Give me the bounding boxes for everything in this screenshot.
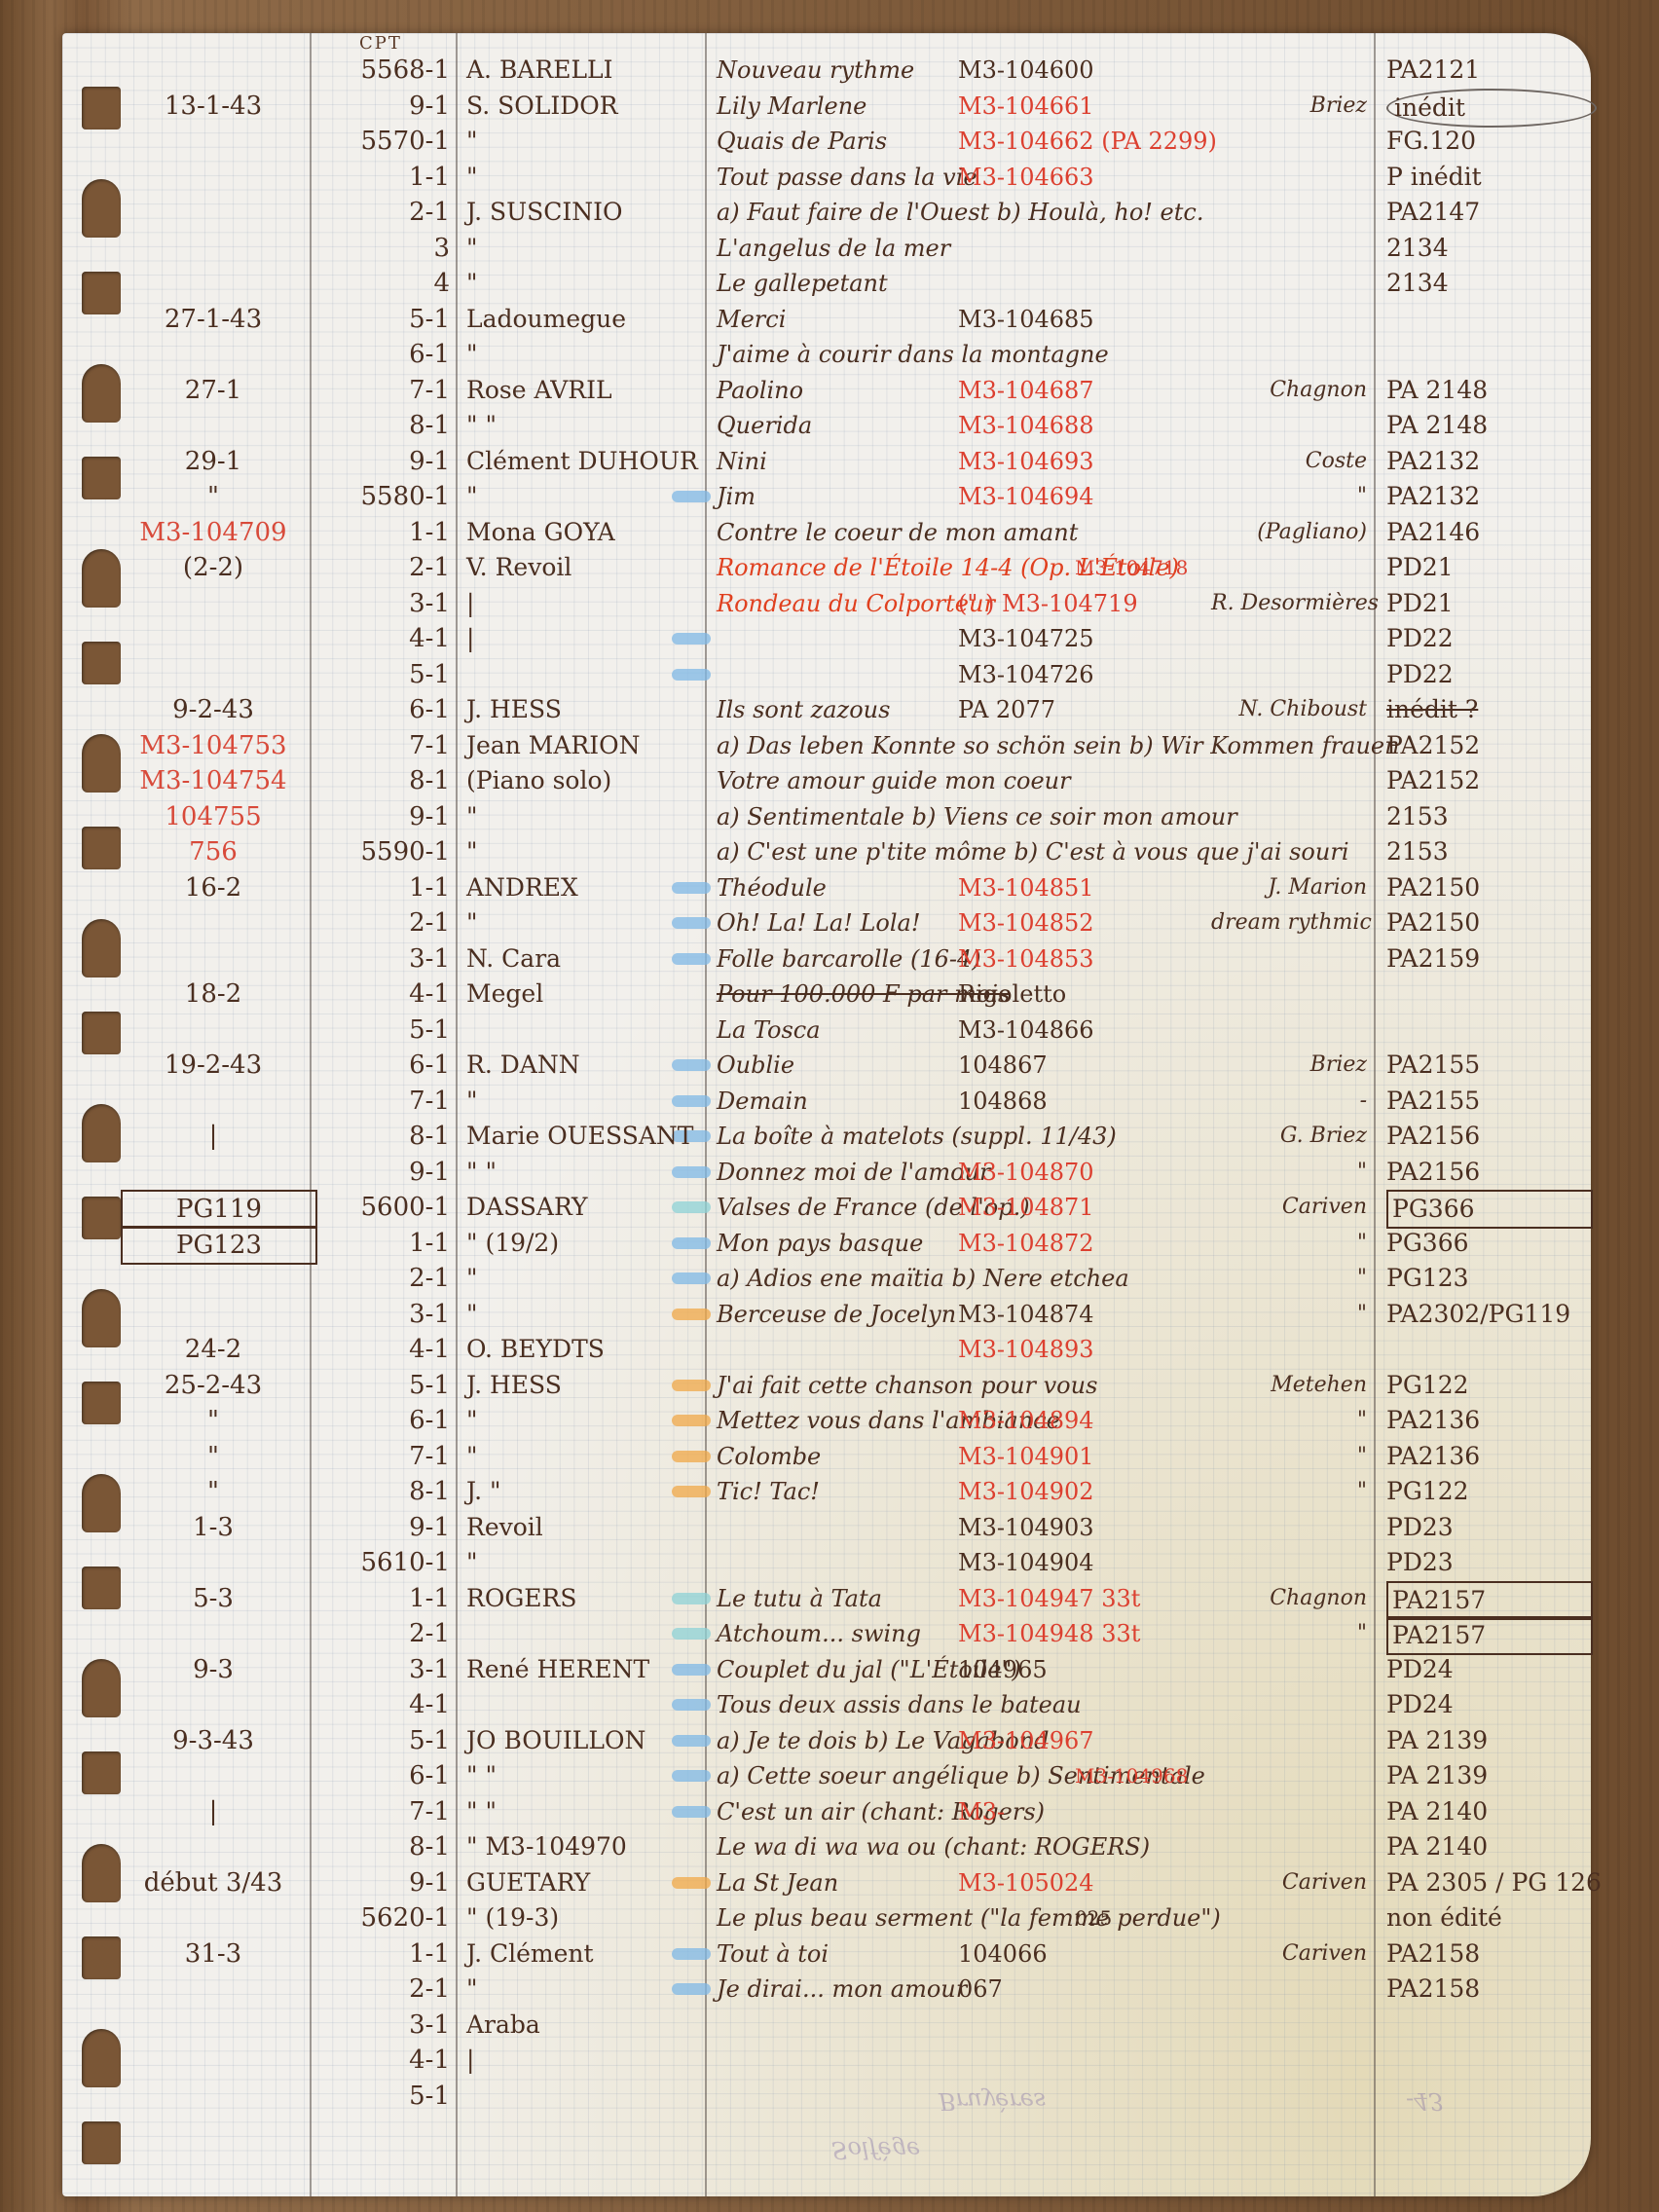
ledger-row: 2-1"a) Adios ene maïtia b) Nere etchea"P… xyxy=(62,1261,1591,1296)
catalog-reference: PA 2140 xyxy=(1386,1794,1581,1829)
song-title: L'angelus de la mer xyxy=(717,231,1174,266)
matrix-number: M3-104600 xyxy=(958,53,1192,88)
ledger-row: 27-1-435-1LadoumegueMerciM3-104685 xyxy=(62,302,1591,337)
matrix-number: 104868 xyxy=(958,1084,1192,1119)
ledger-row: 9-2-436-1J. HESSIls sont zazousPA 2077N.… xyxy=(62,692,1591,727)
artist-name: R. DANN xyxy=(466,1048,700,1083)
entry-date: " xyxy=(121,1474,306,1509)
entry-date: " xyxy=(121,1403,306,1438)
song-title: J'aime à courir dans la montagne xyxy=(717,337,1174,372)
binder-hole xyxy=(82,2121,121,2164)
matrix-number: 067 xyxy=(958,1972,1192,2007)
bleed-through-text: Solfège xyxy=(831,2136,920,2163)
catalog-reference: PA2157 xyxy=(1386,1581,1593,1620)
artist-name: Ladoumegue xyxy=(466,302,700,337)
cpt-number: 5590-1 xyxy=(313,834,450,869)
conductor-note: - xyxy=(1211,1084,1367,1119)
song-title: Le gallepetant xyxy=(717,266,1174,301)
matrix-number: M3-104693 xyxy=(958,444,1192,479)
ledger-row: 19-2-436-1R. DANNOublie104867BriezPA2155 xyxy=(62,1048,1591,1083)
catalog-reference: PA2155 xyxy=(1386,1084,1581,1119)
conductor-note: " xyxy=(1211,1297,1367,1332)
matrix-number: PA 2077 xyxy=(958,692,1192,727)
entry-date: 25-2-43 xyxy=(121,1368,306,1403)
cpt-number: 5570-1 xyxy=(313,124,450,159)
cpt-number: 4-1 xyxy=(313,1687,450,1722)
matrix-number: M3-104685 xyxy=(958,302,1192,337)
ledger-row: 29-19-1Clément DUHOURNiniM3-104693CosteP… xyxy=(62,444,1591,479)
artist-name: René HERENT xyxy=(466,1652,700,1687)
highlight-mark xyxy=(672,1628,711,1640)
ledger-row: 4-1| xyxy=(62,2043,1591,2078)
conductor-note: Cariven xyxy=(1211,1936,1367,1972)
song-title: J'ai fait cette chanson pour vous xyxy=(717,1368,1174,1403)
conductor-note: " xyxy=(1211,1403,1367,1438)
ledger-row: 18-24-1MegelPour 100.000 F par moisRigol… xyxy=(62,977,1591,1012)
cpt-number: 9-1 xyxy=(313,89,450,124)
matrix-number: M3-104725 xyxy=(958,621,1192,656)
entry-date: 27-1-43 xyxy=(121,302,306,337)
ledger-row: 5568-1A. BARELLINouveau rythmeM3-104600P… xyxy=(62,53,1591,88)
catalog-reference: inédit ? xyxy=(1386,692,1581,727)
matrix-number: M3-104872 xyxy=(958,1226,1192,1261)
ledger-row: (2-2)2-1V. RevoilRomance de l'Étoile 14-… xyxy=(62,550,1591,585)
cpt-number: 2-1 xyxy=(313,1261,450,1296)
bleed-through-text: -43 xyxy=(1406,2087,1444,2115)
artist-name: ROGERS xyxy=(466,1581,700,1616)
cpt-number: 3-1 xyxy=(313,586,450,621)
ledger-row: 3-1N. CaraFolle barcarolle (16-4)M3-1048… xyxy=(62,941,1591,977)
song-title: Tous deux assis dans le bateau xyxy=(717,1687,1174,1722)
catalog-reference: PA 2148 xyxy=(1386,373,1581,408)
catalog-reference: PA2132 xyxy=(1386,444,1581,479)
conductor-note: " xyxy=(1211,1439,1367,1474)
song-title: La boîte à matelots (suppl. 11/43) xyxy=(717,1119,1174,1154)
artist-name: Revoil xyxy=(466,1510,700,1545)
entry-date: 18-2 xyxy=(121,977,306,1012)
entry-date: M3-104753 xyxy=(121,728,306,763)
ledger-row: 27-17-1Rose AVRILPaolinoM3-104687Chagnon… xyxy=(62,373,1591,408)
catalog-reference: FG.120 xyxy=(1386,124,1581,159)
matrix-number: M3-105024 xyxy=(958,1865,1192,1900)
artist-name: " M3-104970 xyxy=(466,1829,700,1864)
column-header-cpt: CPT xyxy=(359,33,402,54)
catalog-reference: inédit xyxy=(1386,89,1597,128)
cpt-number: 8-1 xyxy=(313,763,450,798)
catalog-reference: PA2147 xyxy=(1386,195,1581,230)
catalog-reference: 2153 xyxy=(1386,799,1581,834)
matrix-number: Rigoletto xyxy=(958,977,1192,1012)
artist-name: " xyxy=(466,834,700,869)
ledger-row: "6-1"Mettez vous dans l'ambianceM3-10489… xyxy=(62,1403,1591,1438)
catalog-reference: PG366 xyxy=(1386,1226,1581,1261)
ledger-row: 25-2-435-1J. HESSJ'ai fait cette chanson… xyxy=(62,1368,1591,1403)
conductor-note: " xyxy=(1211,1474,1367,1509)
artist-name: J. SUSCINIO xyxy=(466,195,700,230)
catalog-reference: PA2152 xyxy=(1386,728,1581,763)
artist-name: O. BEYDTS xyxy=(466,1332,700,1367)
cpt-number: 6-1 xyxy=(313,1403,450,1438)
catalog-reference: PA 2139 xyxy=(1386,1723,1581,1758)
entry-date: " xyxy=(121,1439,306,1474)
cpt-number: 5-1 xyxy=(313,2079,450,2114)
cpt-number: 4-1 xyxy=(313,621,450,656)
catalog-reference: PA2136 xyxy=(1386,1439,1581,1474)
ledger-row: 5610-1"M3-104904PD23 xyxy=(62,1545,1591,1580)
artist-name: " xyxy=(466,266,700,301)
artist-name: " xyxy=(466,799,700,834)
conductor-note: " xyxy=(1211,1261,1367,1296)
catalog-reference: PG122 xyxy=(1386,1368,1581,1403)
cpt-number: 5-1 xyxy=(313,657,450,692)
catalog-reference: PD22 xyxy=(1386,621,1581,656)
ledger-row: 1-39-1RevoilM3-104903PD23 xyxy=(62,1510,1591,1545)
catalog-reference: PA2121 xyxy=(1386,53,1581,88)
catalog-reference: 2134 xyxy=(1386,231,1581,266)
catalog-reference: PA 2139 xyxy=(1386,1758,1581,1793)
artist-name: | xyxy=(466,586,700,621)
ledger-row: 5-1 xyxy=(62,2079,1591,2114)
ledger-row: M3-1047091-1Mona GOYAContre le coeur de … xyxy=(62,515,1591,550)
matrix-number: M3-104874 xyxy=(958,1297,1192,1332)
entry-date: début 3/43 xyxy=(121,1865,306,1900)
artist-name: DASSARY xyxy=(466,1190,700,1225)
cpt-number: 5568-1 xyxy=(313,53,450,88)
entry-date: 104755 xyxy=(121,799,306,834)
artist-name: " xyxy=(466,1297,700,1332)
entry-date: 16-2 xyxy=(121,870,306,905)
entry-date: | xyxy=(121,1794,306,1829)
cpt-number: 9-1 xyxy=(313,1510,450,1545)
conductor-note: Coste xyxy=(1211,444,1367,479)
catalog-reference: PD24 xyxy=(1386,1687,1581,1722)
artist-name: " xyxy=(466,479,700,514)
cpt-number: 3 xyxy=(313,231,450,266)
matrix-number: M3-104967 xyxy=(958,1723,1192,1758)
catalog-reference: PG366 xyxy=(1386,1190,1593,1229)
ledger-row: 8-1" "QueridaM3-104688PA 2148 xyxy=(62,408,1591,443)
artist-name: " " xyxy=(466,408,700,443)
ledger-row: "8-1J. "Tic! Tac!M3-104902"PG122 xyxy=(62,1474,1591,1509)
matrix-number: M3-104661 xyxy=(958,89,1192,124)
matrix-number: M3-104968 xyxy=(1075,1758,1309,1793)
entry-date: 9-3 xyxy=(121,1652,306,1687)
cpt-number: 2-1 xyxy=(313,1616,450,1651)
ledger-row: 5-31-1ROGERSLe tutu à TataM3-104947 33tC… xyxy=(62,1581,1591,1616)
artist-name: Clément DUHOUR xyxy=(466,444,700,479)
ledger-row: 31-31-1J. ClémentTout à toi104066Cariven… xyxy=(62,1936,1591,1972)
matrix-number: M3-104866 xyxy=(958,1013,1192,1048)
ledger-row: |7-1" "C'est un air (chant: Rogers)M3-PA… xyxy=(62,1794,1591,1829)
ledger-row: 5570-1"Quais de ParisM3-104662 (PA 2299)… xyxy=(62,124,1591,159)
cpt-number: 1-1 xyxy=(313,515,450,550)
cpt-number: 5620-1 xyxy=(313,1900,450,1935)
entry-date: M3-104754 xyxy=(121,763,306,798)
matrix-number: M3-104948 33t xyxy=(958,1616,1192,1651)
cpt-number: 1-1 xyxy=(313,1581,450,1616)
cpt-number: 1-1 xyxy=(313,870,450,905)
ledger-row: 13-1-439-1S. SOLIDORLily MarleneM3-10466… xyxy=(62,89,1591,124)
artist-name: " xyxy=(466,1084,700,1119)
matrix-number: M3-104851 xyxy=(958,870,1192,905)
catalog-reference: PA 2305 / PG 126 xyxy=(1386,1865,1581,1900)
cpt-number: 7-1 xyxy=(313,1084,450,1119)
entry-date: | xyxy=(121,1119,306,1154)
bleed-through-text: Bruyères xyxy=(939,2087,1046,2115)
artist-name: " " xyxy=(466,1758,700,1793)
ledger-row: 9-1" "Donnez moi de l'amourM3-104870"PA2… xyxy=(62,1155,1591,1190)
artist-name: Marie OUESSANT xyxy=(466,1119,700,1154)
highlight-mark xyxy=(672,669,711,681)
artist-name: Megel xyxy=(466,977,700,1012)
cpt-number: 5610-1 xyxy=(313,1545,450,1580)
matrix-number: M3-104904 xyxy=(958,1545,1192,1580)
cpt-number: 6-1 xyxy=(313,337,450,372)
cpt-number: 6-1 xyxy=(313,1758,450,1793)
song-title: Votre amour guide mon coeur xyxy=(717,763,1174,798)
conductor-note: Cariven xyxy=(1211,1190,1367,1225)
entry-date: 13-1-43 xyxy=(121,89,306,124)
artist-name: " " xyxy=(466,1794,700,1829)
ledger-row: |8-1Marie OUESSANTLa boîte à matelots (s… xyxy=(62,1119,1591,1154)
ledger-row: 9-33-1René HERENTCouplet du jal ("L'Étoi… xyxy=(62,1652,1591,1687)
artist-name: J. " xyxy=(466,1474,700,1509)
artist-name: " (19-3) xyxy=(466,1900,700,1935)
matrix-number: 104965 xyxy=(958,1652,1192,1687)
ledger-row: PG1231-1" (19/2)Mon pays basqueM3-104872… xyxy=(62,1226,1591,1261)
ledger-row: 2-1"Je dirai... mon amour067PA2158 xyxy=(62,1972,1591,2007)
cpt-number: 2-1 xyxy=(313,195,450,230)
song-title: Contre le coeur de mon amant xyxy=(717,515,1174,550)
ledger-row: 4"Le gallepetant2134 xyxy=(62,266,1591,301)
cpt-number: 1-1 xyxy=(313,1226,450,1261)
matrix-number: M3-104871 xyxy=(958,1190,1192,1225)
catalog-reference: 2153 xyxy=(1386,834,1581,869)
matrix-number: 104066 xyxy=(958,1936,1192,1972)
ledger-row: 4-1Tous deux assis dans le bateauPD24 xyxy=(62,1687,1591,1722)
entry-date: 19-2-43 xyxy=(121,1048,306,1083)
entry-date: " xyxy=(121,479,306,514)
ledger-row: 7-1"Demain104868-PA2155 xyxy=(62,1084,1591,1119)
cpt-number: 8-1 xyxy=(313,408,450,443)
artist-name: | xyxy=(466,2043,700,2078)
cpt-number: 9-1 xyxy=(313,1865,450,1900)
matrix-number: 025 xyxy=(1075,1900,1309,1935)
artist-name: S. SOLIDOR xyxy=(466,89,700,124)
artist-name: " xyxy=(466,1403,700,1438)
catalog-reference: 2134 xyxy=(1386,266,1581,301)
ledger-row: 5-1La ToscaM3-104866 xyxy=(62,1013,1591,1048)
cpt-number: 1-1 xyxy=(313,160,450,195)
ledger-row: M3-1047537-1Jean MARIONa) Das leben Konn… xyxy=(62,728,1591,763)
catalog-reference: PA2136 xyxy=(1386,1403,1581,1438)
matrix-number: 104867 xyxy=(958,1048,1192,1083)
catalog-reference: PD24 xyxy=(1386,1652,1581,1687)
matrix-number: M3-104947 33t xyxy=(958,1581,1192,1616)
song-title: a) Sentimentale b) Viens ce soir mon amo… xyxy=(717,799,1174,834)
conductor-note: R. Desormières xyxy=(1211,586,1367,621)
entry-date: 31-3 xyxy=(121,1936,306,1972)
cpt-number: 7-1 xyxy=(313,373,450,408)
artist-name: " xyxy=(466,1972,700,2007)
conductor-note: G. Briez xyxy=(1211,1119,1367,1154)
ledger-row: "7-1"ColombeM3-104901"PA2136 xyxy=(62,1439,1591,1474)
cpt-number: 7-1 xyxy=(313,728,450,763)
ledger-row: 8-1" M3-104970Le wa di wa wa ou (chant: … xyxy=(62,1829,1591,1864)
matrix-number: M3-104902 xyxy=(958,1474,1192,1509)
conductor-note: N. Chiboust xyxy=(1211,692,1367,727)
artist-name: " xyxy=(466,1439,700,1474)
matrix-number: M3-104688 xyxy=(958,408,1192,443)
cpt-number: 5-1 xyxy=(313,1368,450,1403)
artist-name: " xyxy=(466,1261,700,1296)
matrix-number: M3-104687 xyxy=(958,373,1192,408)
entry-date: PG123 xyxy=(121,1226,317,1265)
ledger-row: 2-1Atchoum... swingM3-104948 33t"PA2157 xyxy=(62,1616,1591,1651)
ledger-row: 5620-1" (19-3)Le plus beau serment ("la … xyxy=(62,1900,1591,1935)
entry-date: 756 xyxy=(121,834,306,869)
catalog-reference: PA2158 xyxy=(1386,1936,1581,1972)
matrix-number: (" ) M3-104719 xyxy=(958,586,1192,621)
cpt-number: 4 xyxy=(313,266,450,301)
ledger-page: CPT 5568-1A. BARELLINouveau rythmeM3-104… xyxy=(62,33,1591,2196)
cpt-number: 5-1 xyxy=(313,1013,450,1048)
cpt-number: 2-1 xyxy=(313,550,450,585)
ledger-row: 1-1"Tout passe dans la vieM3-104663P iné… xyxy=(62,160,1591,195)
artist-name: Araba xyxy=(466,2008,700,2043)
cpt-number: 4-1 xyxy=(313,2043,450,2078)
catalog-reference: PA2155 xyxy=(1386,1048,1581,1083)
catalog-reference: PA 2148 xyxy=(1386,408,1581,443)
cpt-number: 9-1 xyxy=(313,799,450,834)
matrix-number: M3-104853 xyxy=(958,941,1192,977)
artist-name: N. Cara xyxy=(466,941,700,977)
catalog-reference: PD21 xyxy=(1386,550,1581,585)
catalog-reference: PA2156 xyxy=(1386,1155,1581,1190)
conductor-note: Briez xyxy=(1211,1048,1367,1083)
cpt-number: 7-1 xyxy=(313,1439,450,1474)
artist-name: " xyxy=(466,1545,700,1580)
entry-date: (2-2) xyxy=(121,550,306,585)
catalog-reference: PA2152 xyxy=(1386,763,1581,798)
cpt-number: 5580-1 xyxy=(313,479,450,514)
cpt-number: 2-1 xyxy=(313,905,450,940)
matrix-number: M3-104893 xyxy=(958,1332,1192,1367)
ledger-row: 3-1|Rondeau du Colporteur(" ) M3-104719R… xyxy=(62,586,1591,621)
ledger-row: 2-1J. SUSCINIOa) Faut faire de l'Ouest b… xyxy=(62,195,1591,230)
artist-name: " xyxy=(466,124,700,159)
ledger-row: 6-1" "a) Cette soeur angélique b) Sentim… xyxy=(62,1758,1591,1793)
song-title: a) Das leben Konnte so schön sein b) Wir… xyxy=(717,728,1174,763)
matrix-number: M3- xyxy=(958,1794,1192,1829)
ledger-row: PG1195600-1DASSARYValses de France (de l… xyxy=(62,1190,1591,1225)
entry-date: 27-1 xyxy=(121,373,306,408)
artist-name: " xyxy=(466,160,700,195)
cpt-number: 3-1 xyxy=(313,2008,450,2043)
entry-date: PG119 xyxy=(121,1190,317,1229)
artist-name: Mona GOYA xyxy=(466,515,700,550)
artist-name: J. HESS xyxy=(466,692,700,727)
catalog-reference: PA2146 xyxy=(1386,515,1581,550)
catalog-reference: non édité xyxy=(1386,1900,1581,1935)
song-title: Le wa di wa wa ou (chant: ROGERS) xyxy=(717,1829,1174,1864)
ledger-row: 16-21-1ANDREXThéoduleM3-104851J. MarionP… xyxy=(62,870,1591,905)
cpt-number: 8-1 xyxy=(313,1119,450,1154)
ledger-row: début 3/439-1GUETARYLa St JeanM3-105024C… xyxy=(62,1865,1591,1900)
song-title: a) Adios ene maïtia b) Nere etchea xyxy=(717,1261,1174,1296)
matrix-number: M3-104663 xyxy=(958,160,1192,195)
cpt-number: 4-1 xyxy=(313,1332,450,1367)
artist-name: ANDREX xyxy=(466,870,700,905)
conductor-note: Chagnon xyxy=(1211,373,1367,408)
conductor-note: Chagnon xyxy=(1211,1581,1367,1616)
conductor-note: Briez xyxy=(1211,89,1367,124)
catalog-reference: PA2150 xyxy=(1386,870,1581,905)
catalog-reference: PG123 xyxy=(1386,1261,1581,1296)
artist-name: V. Revoil xyxy=(466,550,700,585)
cpt-number: 3-1 xyxy=(313,941,450,977)
ledger-row: 6-1"J'aime à courir dans la montagne xyxy=(62,337,1591,372)
matrix-number: M3-104903 xyxy=(958,1510,1192,1545)
ledger-row: 3-1"Berceuse de JocelynM3-104874"PA2302/… xyxy=(62,1297,1591,1332)
ledger-row: 2-1"Oh! La! La! Lola!M3-104852dream ryth… xyxy=(62,905,1591,940)
cpt-number: 3-1 xyxy=(313,1652,450,1687)
catalog-reference: PG122 xyxy=(1386,1474,1581,1509)
artist-name: Jean MARION xyxy=(466,728,700,763)
conductor-note: Cariven xyxy=(1211,1865,1367,1900)
artist-name: A. BARELLI xyxy=(466,53,700,88)
conductor-note: (Pagliano) xyxy=(1211,515,1367,550)
matrix-number: M3-104726 xyxy=(958,657,1192,692)
ledger-row: M3-1047548-1(Piano solo)Votre amour guid… xyxy=(62,763,1591,798)
cpt-number: 6-1 xyxy=(313,1048,450,1083)
ledger-row: "5580-1"JimM3-104694"PA2132 xyxy=(62,479,1591,514)
catalog-reference: PA2157 xyxy=(1386,1616,1593,1655)
ledger-row: 4-1|M3-104725PD22 xyxy=(62,621,1591,656)
artist-name: J. HESS xyxy=(466,1368,700,1403)
conductor-note: " xyxy=(1211,479,1367,514)
ledger-row: 3"L'angelus de la mer2134 xyxy=(62,231,1591,266)
catalog-reference: PD22 xyxy=(1386,657,1581,692)
catalog-reference: PA2159 xyxy=(1386,941,1581,977)
song-title: a) Faut faire de l'Ouest b) Houlà, ho! e… xyxy=(717,195,1174,230)
highlight-mark xyxy=(672,1699,711,1711)
matrix-number: M3-104694 xyxy=(958,479,1192,514)
cpt-number: 8-1 xyxy=(313,1829,450,1864)
ledger-row: 3-1Araba xyxy=(62,2008,1591,2043)
artist-name: GUETARY xyxy=(466,1865,700,1900)
cpt-number: 6-1 xyxy=(313,692,450,727)
conductor-note: " xyxy=(1211,1155,1367,1190)
cpt-number: 7-1 xyxy=(313,1794,450,1829)
matrix-number: M3-104894 xyxy=(958,1403,1192,1438)
catalog-reference: PA2150 xyxy=(1386,905,1581,940)
catalog-reference: PA2302/PG119 xyxy=(1386,1297,1581,1332)
cpt-number: 2-1 xyxy=(313,1972,450,2007)
cpt-number: 4-1 xyxy=(313,977,450,1012)
entry-date: 24-2 xyxy=(121,1332,306,1367)
artist-name: " " xyxy=(466,1155,700,1190)
catalog-reference: PA 2140 xyxy=(1386,1829,1581,1864)
cpt-number: 5-1 xyxy=(313,302,450,337)
entry-date: 5-3 xyxy=(121,1581,306,1616)
cpt-number: 9-1 xyxy=(313,444,450,479)
artist-name: | xyxy=(466,621,700,656)
ledger-row: 1047559-1"a) Sentimentale b) Viens ce so… xyxy=(62,799,1591,834)
cpt-number: 1-1 xyxy=(313,1936,450,1972)
artist-name: " (19/2) xyxy=(466,1226,700,1261)
conductor-note: dream rythmic xyxy=(1211,905,1367,940)
